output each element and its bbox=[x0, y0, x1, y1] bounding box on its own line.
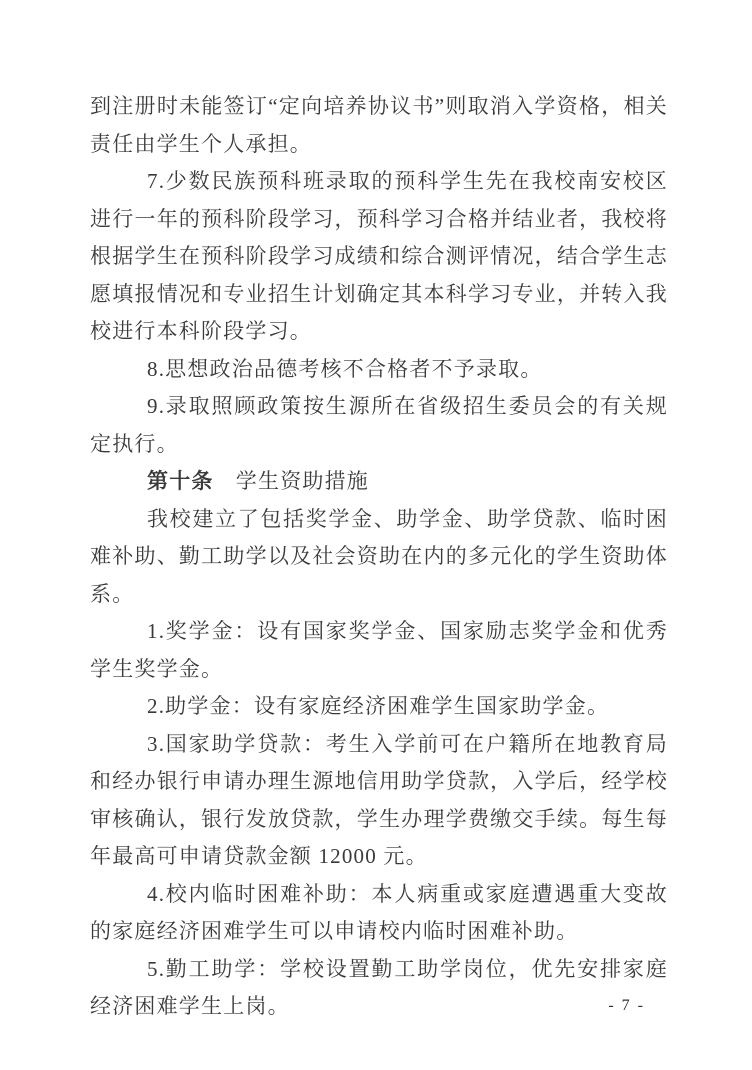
paragraph: 1.奖学金：设有国家奖学金、国家励志奖学金和优秀学生奖学金。 bbox=[90, 613, 668, 688]
paragraph: 4.校内临时困难补助：本人病重或家庭遭遇重大变故的家庭经济困难学生可以申请校内临… bbox=[90, 876, 668, 951]
document-body: 到注册时未能签订“定向培养协议书”则取消入学资格，相关责任由学生个人承担。7.少… bbox=[90, 88, 668, 1026]
paragraph: 2.助学金：设有家庭经济困难学生国家助学金。 bbox=[90, 688, 668, 726]
paragraph-text: 7.少数民族预科班录取的预科学生先在我校南安校区进行一年的预科阶段学习，预科学习… bbox=[90, 169, 668, 343]
document-page: 到注册时未能签订“定向培养协议书”则取消入学资格，相关责任由学生个人承担。7.少… bbox=[0, 0, 752, 1070]
paragraph: 7.少数民族预科班录取的预科学生先在我校南安校区进行一年的预科阶段学习，预科学习… bbox=[90, 163, 668, 351]
paragraph-text: 4.校内临时困难补助：本人病重或家庭遭遇重大变故的家庭经济困难学生可以申请校内临… bbox=[90, 882, 668, 944]
paragraph: 到注册时未能签订“定向培养协议书”则取消入学资格，相关责任由学生个人承担。 bbox=[90, 88, 668, 163]
paragraph-text: 我校建立了包括奖学金、助学金、助学贷款、临时困难补助、勤工助学以及社会资助在内的… bbox=[90, 507, 668, 606]
paragraph-text: 1.奖学金：设有国家奖学金、国家励志奖学金和优秀学生奖学金。 bbox=[90, 619, 668, 681]
paragraph: 9.录取照顾政策按生源所在省级招生委员会的有关规定执行。 bbox=[90, 388, 668, 463]
paragraph: 第十条 学生资助措施 bbox=[90, 463, 668, 501]
paragraph: 3.国家助学贷款：考生入学前可在户籍所在地教育局和经办银行申请办理生源地信用助学… bbox=[90, 726, 668, 876]
paragraph: 我校建立了包括奖学金、助学金、助学贷款、临时困难补助、勤工助学以及社会资助在内的… bbox=[90, 501, 668, 614]
paragraph-text: 2.助学金：设有家庭经济困难学生国家助学金。 bbox=[147, 694, 609, 718]
paragraph-text: 8.思想政治品德考核不合格者不予录取。 bbox=[147, 357, 543, 381]
paragraph: 5.勤工助学：学校设置勤工助学岗位，优先安排家庭经济困难学生上岗。 bbox=[90, 951, 668, 1026]
paragraph-text: 3.国家助学贷款：考生入学前可在户籍所在地教育局和经办银行申请办理生源地信用助学… bbox=[90, 732, 668, 869]
paragraph-text: 学生资助措施 bbox=[214, 469, 369, 493]
page-number: - 7 - bbox=[608, 997, 645, 1015]
paragraph: 8.思想政治品德考核不合格者不予录取。 bbox=[90, 351, 668, 389]
paragraph-text: 9.录取照顾政策按生源所在省级招生委员会的有关规定执行。 bbox=[90, 394, 668, 456]
paragraph-text: 5.勤工助学：学校设置勤工助学岗位，优先安排家庭经济困难学生上岗。 bbox=[90, 957, 668, 1019]
article-number-label: 第十条 bbox=[147, 469, 214, 493]
paragraph-text: 到注册时未能签订“定向培养协议书”则取消入学资格，相关责任由学生个人承担。 bbox=[90, 94, 668, 156]
